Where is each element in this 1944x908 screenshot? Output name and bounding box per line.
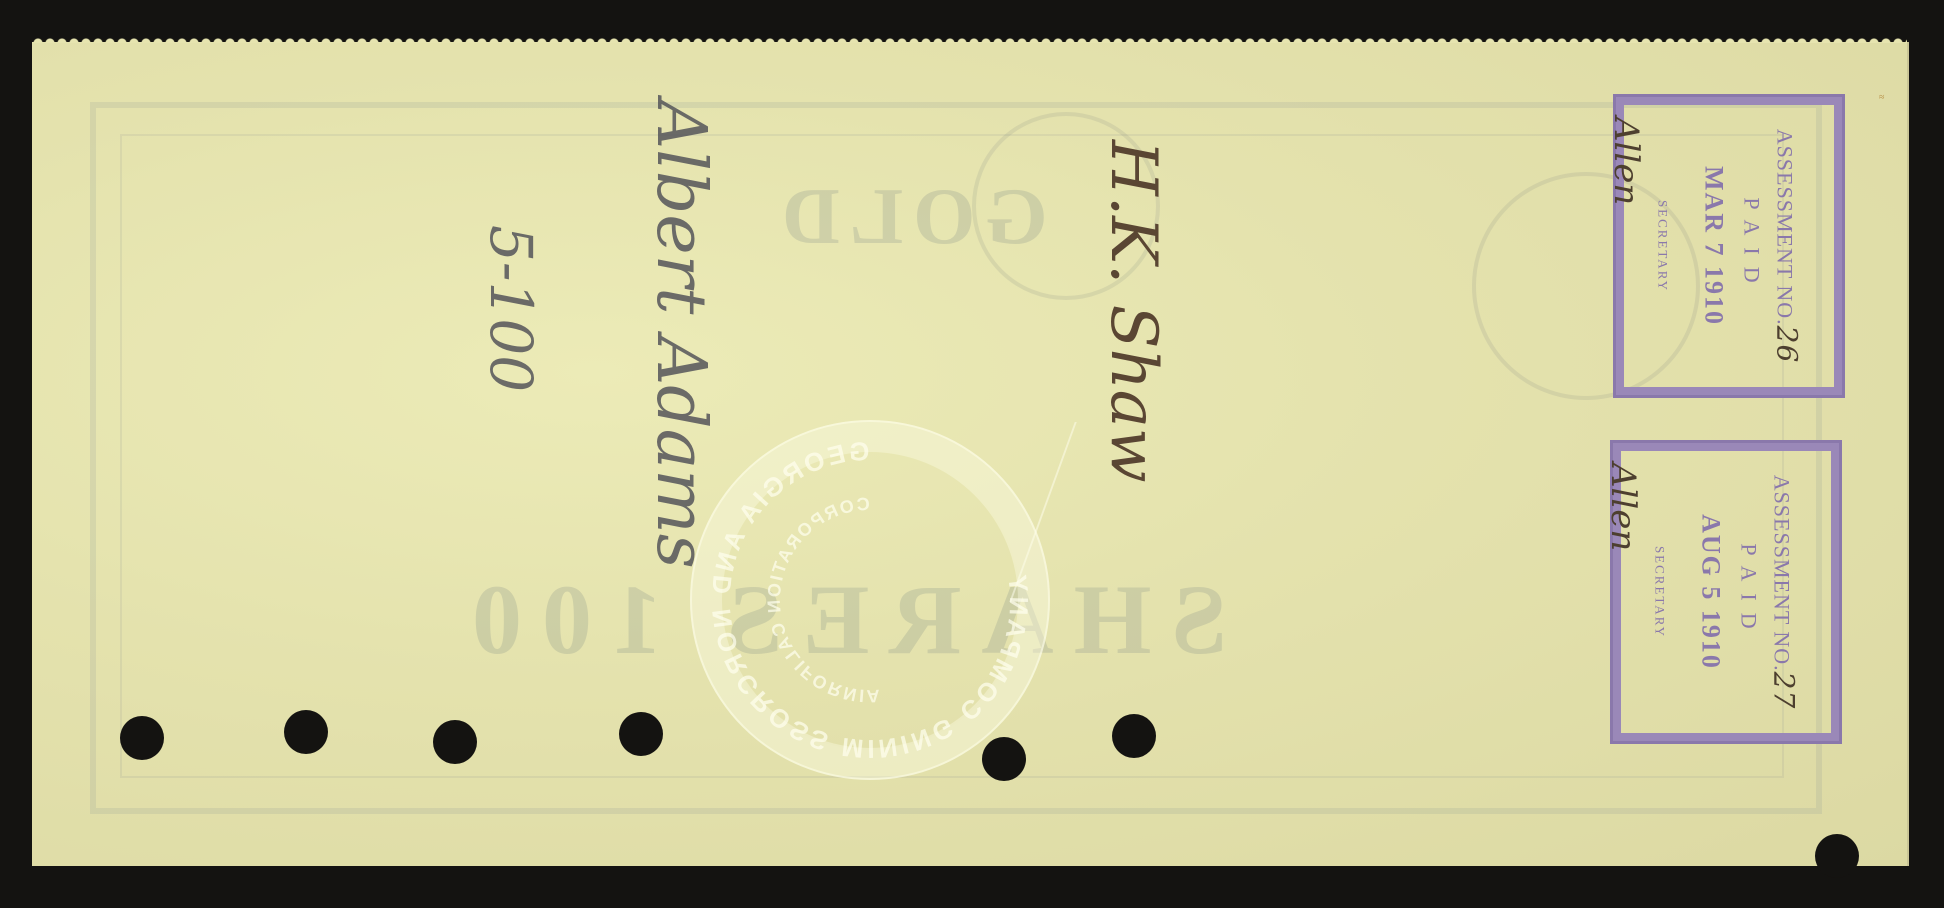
- stamp-header: ASSESSMENT NO.: [1773, 129, 1798, 326]
- stamp-header: ASSESSMENT NO.: [1770, 475, 1795, 672]
- bleed-through-heading: GOLD: [772, 172, 1048, 263]
- punch-hole: [120, 716, 164, 760]
- pencil-note: 5-100: [477, 225, 545, 392]
- punch-hole: [619, 712, 663, 756]
- assessment-stamp-27: ASSESSMENT NO.27 PAID AUG 5 1910 SECRETA…: [1610, 440, 1842, 744]
- corner-mark: ≈: [1879, 92, 1885, 103]
- secretary-signature: Allen: [1606, 117, 1646, 205]
- punch-hole: [433, 720, 477, 764]
- punch-hole: [284, 710, 328, 754]
- svg-text:CORPORATION CALIFORNIA: CORPORATION CALIFORNIA: [764, 494, 882, 706]
- stamp-date: AUG 5 1910: [1696, 447, 1726, 737]
- stamp-status: PAID: [1739, 101, 1765, 391]
- stamp-number: 26: [1771, 326, 1804, 364]
- punch-hole: [1112, 714, 1156, 758]
- stamp-role: SECRETARY: [1652, 447, 1668, 737]
- stamp-status: PAID: [1736, 447, 1762, 737]
- secretary-signature: Allen: [1603, 463, 1643, 551]
- ink-signature: H.K. Shaw: [1096, 140, 1170, 483]
- stamp-role: SECRETARY: [1655, 101, 1671, 391]
- seal-text-ring: GEORGIA AND NORCROSS MINING COMPANY CORP…: [690, 420, 1050, 780]
- embossed-corporate-seal: GEORGIA AND NORCROSS MINING COMPANY CORP…: [690, 420, 1050, 780]
- assessment-stamp-26: ASSESSMENT NO.26 PAID MAR 7 1910 SECRETA…: [1613, 94, 1845, 398]
- stamp-date: MAR 7 1910: [1699, 101, 1729, 391]
- stamp-number: 27: [1768, 672, 1801, 710]
- svg-text:GEORGIA AND NORCROSS MINING CO: GEORGIA AND NORCROSS MINING COMPANY: [706, 436, 1035, 765]
- punch-hole: [1815, 834, 1859, 878]
